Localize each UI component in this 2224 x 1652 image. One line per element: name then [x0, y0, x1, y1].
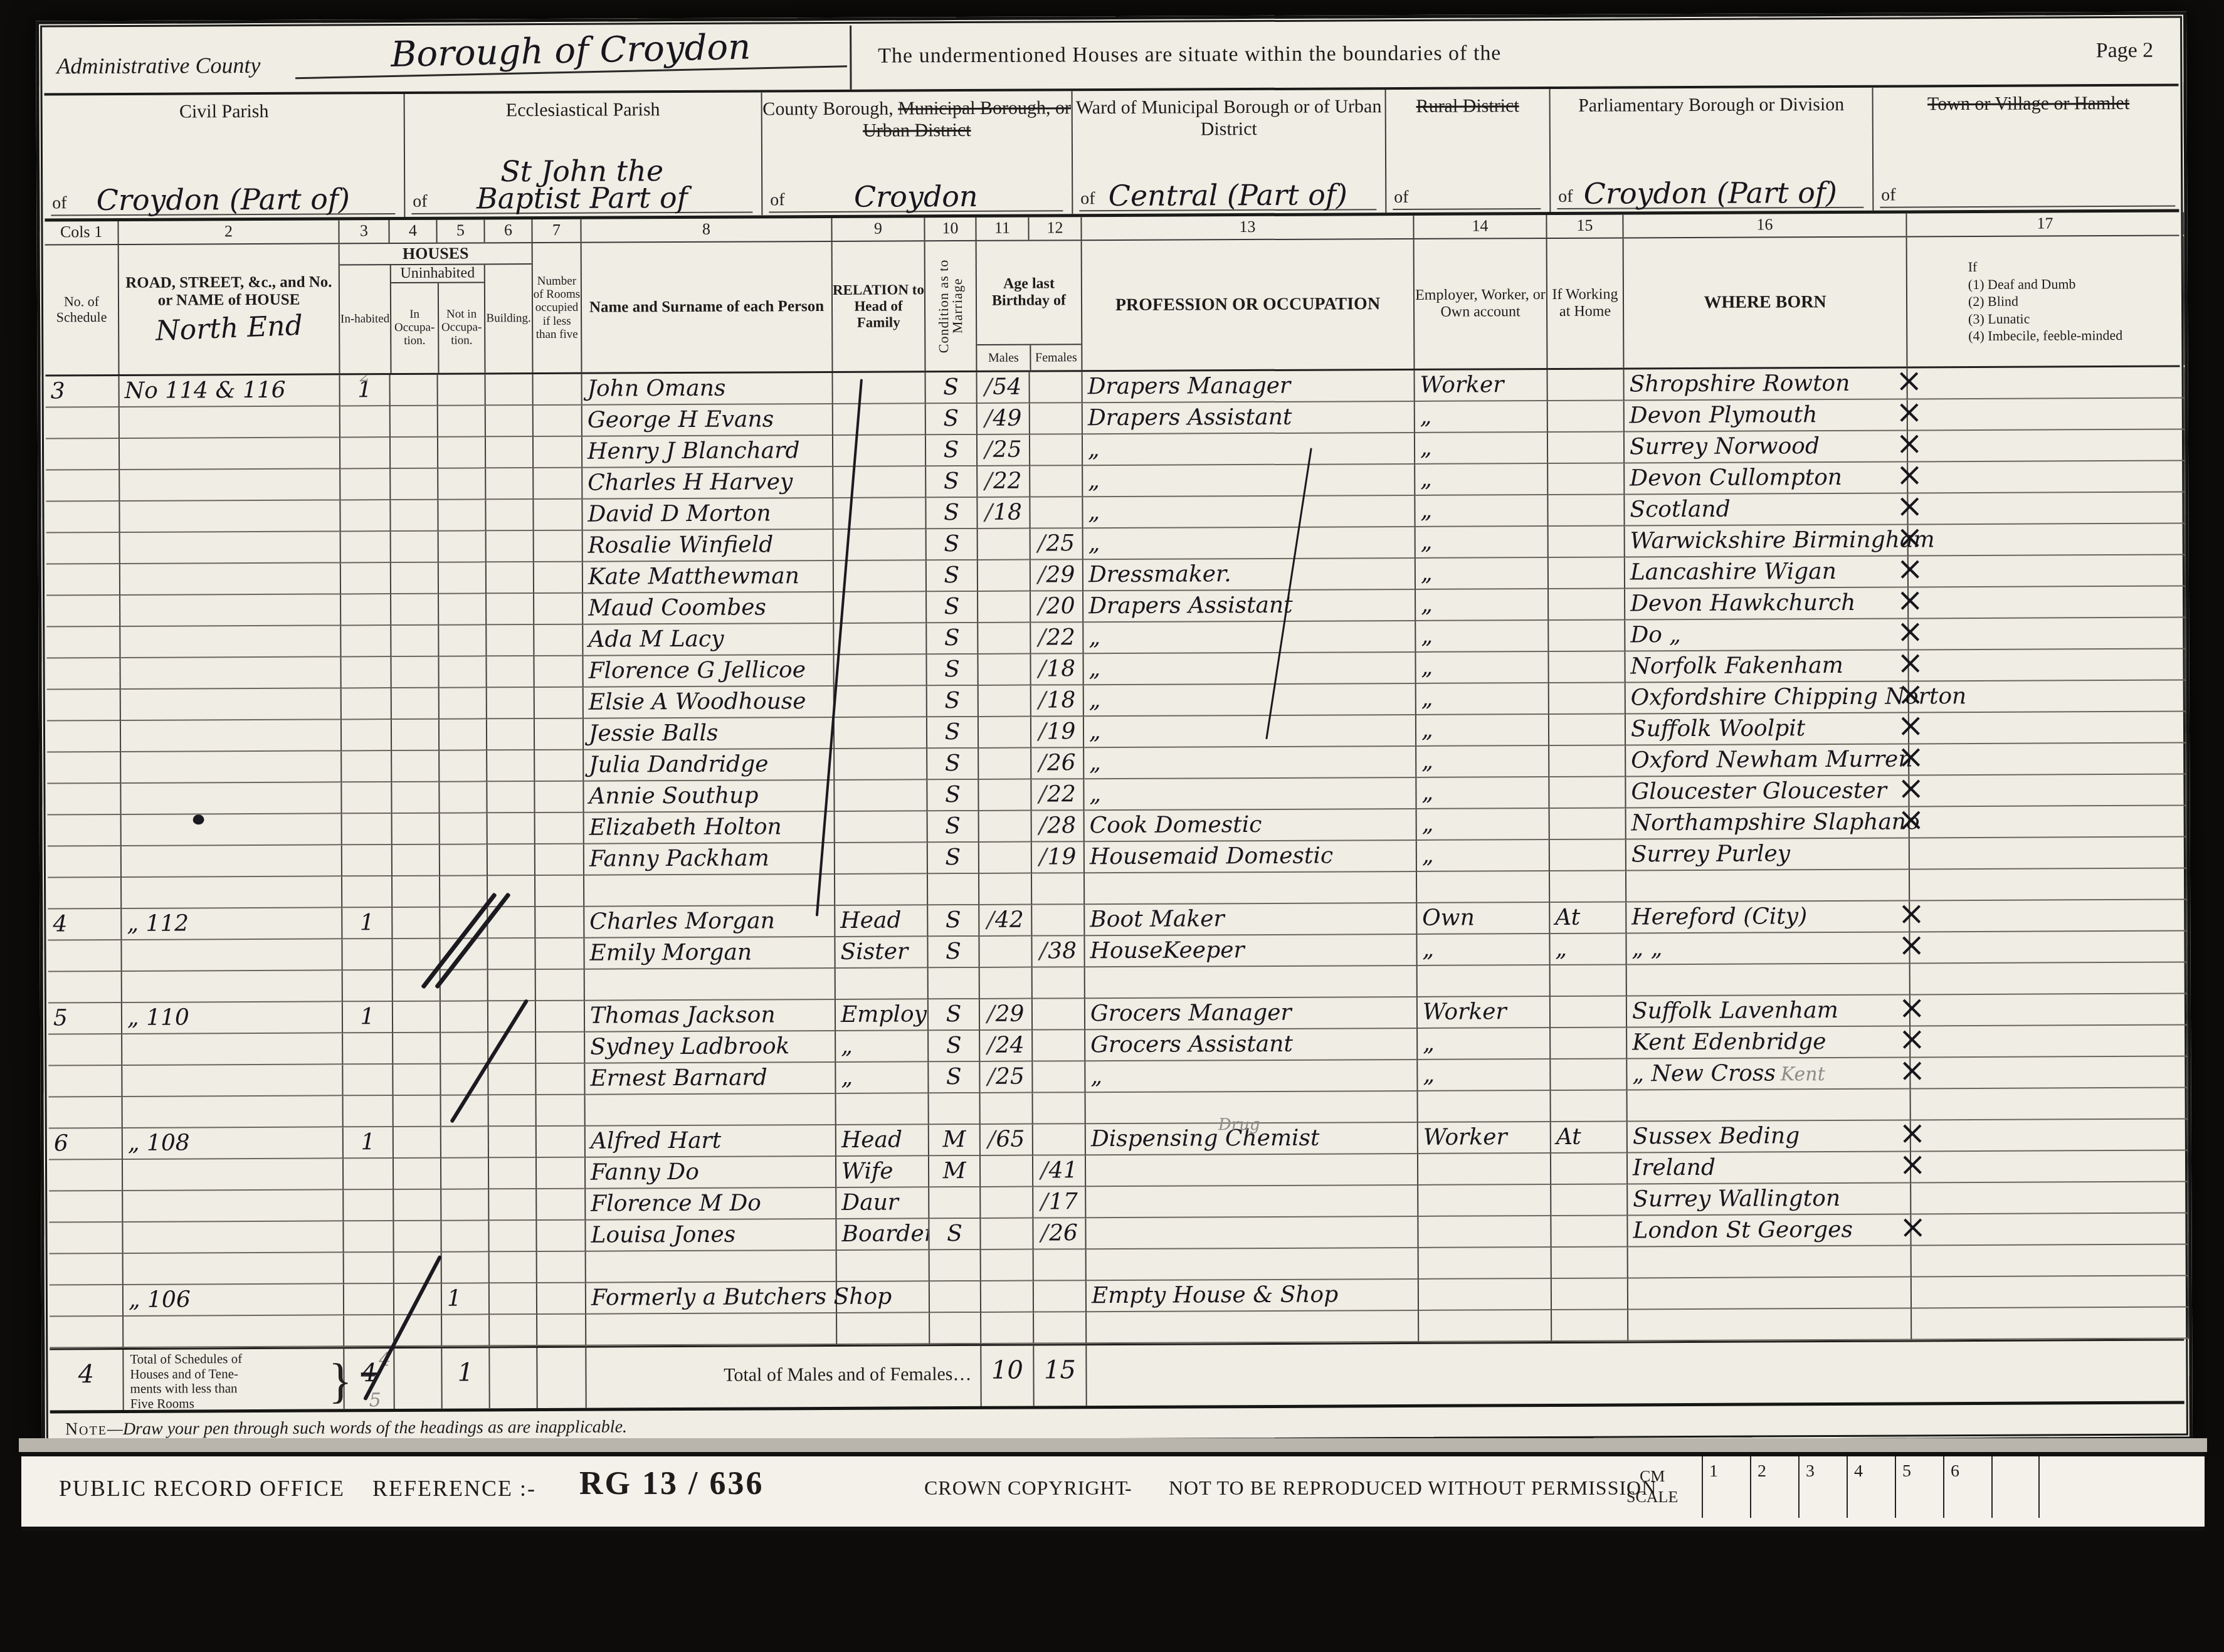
- cell-sch: 6: [49, 1129, 123, 1160]
- totals-schedule-count: 4: [50, 1350, 124, 1411]
- cell-emp: Own Account: [1417, 903, 1550, 935]
- totals-building-cell: [490, 1348, 537, 1408]
- cell-prof: Drapers Manager: [1083, 371, 1415, 403]
- cell-road: [122, 814, 342, 846]
- cell-inh: [343, 1065, 393, 1096]
- cell-agef: [1032, 905, 1085, 936]
- cell-nocc: [442, 1252, 490, 1283]
- cell-home: [1552, 1247, 1628, 1279]
- cell-sch: [50, 1317, 124, 1349]
- cell-bld: [486, 468, 534, 500]
- street-name-value: North End: [155, 310, 303, 347]
- cell-inocc: [392, 751, 440, 782]
- cell-inh: [342, 751, 392, 782]
- cell-emp: „: [1416, 683, 1549, 715]
- cell-cond: S: [927, 686, 979, 717]
- ruler-cm-cell: 4: [1847, 1456, 1895, 1518]
- crown-copyright-label: CROWN COPYRIGHT: [924, 1476, 1128, 1500]
- cell-cond: S: [929, 999, 980, 1031]
- enumerator-x-mark: ×: [1898, 1024, 1926, 1054]
- cell-home: [1552, 1310, 1628, 1342]
- cell-rooms: [537, 1283, 586, 1315]
- reference-value: RG 13 / 636: [579, 1465, 764, 1502]
- cell-prof: [1085, 966, 1418, 999]
- cell-bld: [487, 562, 534, 594]
- cell-road: „ 112: [122, 908, 342, 940]
- cell-home: [1549, 557, 1625, 589]
- cell-agem: [979, 749, 1031, 780]
- cell-born: [1628, 1308, 1912, 1341]
- cell-infirm: [1910, 994, 2188, 1027]
- cell-inh: [342, 845, 393, 876]
- cell-road: [122, 876, 342, 909]
- cell-bld: [487, 750, 535, 782]
- cell-infirm: [1909, 555, 2186, 588]
- cell-inh: [340, 500, 391, 532]
- cell-rel: Daur: [836, 1187, 929, 1219]
- cell-born: Surrey Purley: [1626, 838, 1910, 871]
- cell-cond: S: [927, 529, 978, 560]
- cell-sch: 3: [46, 376, 120, 408]
- cell-born: Warwickshire Birmingham×: [1625, 525, 1909, 557]
- column-number: 10: [925, 218, 976, 240]
- cell-rooms: [534, 656, 583, 688]
- cell-infirm: [1912, 1276, 2189, 1309]
- cell-agem: 29: [980, 999, 1033, 1031]
- cell-born: Surrey Norwood×: [1625, 431, 1908, 463]
- cell-agem: [981, 1313, 1034, 1344]
- cell-emp: „: [1416, 621, 1549, 653]
- age-title: Age last Birthday of: [977, 241, 1082, 344]
- cell-prof: „: [1083, 621, 1416, 654]
- cell-bld: [486, 406, 534, 437]
- cell-emp: „: [1415, 464, 1548, 496]
- cell-rel: [837, 1250, 930, 1282]
- cell-rel: [837, 1313, 930, 1345]
- cell-agem: [981, 1187, 1033, 1219]
- ruler-cm-cell: 6: [1943, 1456, 1991, 1518]
- cell-agem: [980, 968, 1033, 999]
- cell-cond: [930, 1313, 981, 1344]
- cell-born: Scotland×: [1625, 493, 1908, 526]
- cell-rooms: [537, 1158, 586, 1189]
- cell-name: David D Morton: [582, 498, 833, 531]
- cell-prof: Cook Domestic: [1085, 809, 1417, 842]
- cell-inh: [342, 782, 392, 814]
- cell-sch: [47, 690, 121, 722]
- cell-prof: HouseKeeper: [1085, 935, 1417, 967]
- cell-nocc: [439, 625, 487, 656]
- cell-cond: S: [926, 372, 978, 404]
- cell-agem: 25: [978, 435, 1030, 466]
- cell-agem: [979, 780, 1031, 811]
- cell-prof: „: [1083, 496, 1415, 529]
- cell-emp: [1417, 871, 1550, 903]
- cell-cond: M: [929, 1156, 981, 1187]
- totals-label-cell: Total of Schedules of Houses and of Tene…: [124, 1349, 344, 1410]
- cell-agem: [979, 686, 1031, 717]
- cell-agef: [1030, 403, 1083, 434]
- cell-inh: [342, 876, 393, 908]
- cell-bld: [489, 1189, 537, 1221]
- cell-inocc: [391, 438, 438, 469]
- cell-bld: [487, 719, 535, 750]
- enumerator-x-mark: ×: [1897, 773, 1925, 803]
- cell-road: [120, 626, 341, 658]
- cell-home: At Home: [1550, 902, 1626, 934]
- cell-name: Thomas Jackson: [585, 1000, 836, 1033]
- cell-inh: [340, 438, 391, 469]
- cell-inocc: [391, 500, 438, 532]
- cell-emp: [1418, 1185, 1551, 1217]
- cell-emp: Worker: [1418, 997, 1551, 1029]
- cell-emp: „: [1418, 1028, 1551, 1060]
- cell-bld: [486, 374, 534, 406]
- cell-rooms: [535, 844, 584, 876]
- enumerator-x-mark: ×: [1898, 898, 1926, 929]
- cell-sch: [46, 627, 120, 659]
- cell-infirm: [1911, 1151, 2188, 1184]
- cell-name: Alfred Hart: [586, 1125, 836, 1158]
- cell-rooms: [537, 1315, 586, 1346]
- ruler-cm-cell: 5: [1895, 1456, 1943, 1518]
- column-number: 13: [1082, 216, 1414, 239]
- cell-agem: 65: [981, 1125, 1033, 1156]
- cell-inocc: [393, 845, 440, 876]
- cell-rel: „: [836, 1062, 929, 1094]
- cell-rooms: [537, 1189, 586, 1221]
- cell-prof: „: [1084, 747, 1416, 779]
- cell-name: Henry J Blanchard: [582, 436, 833, 468]
- cell-road: „ 106: [124, 1284, 344, 1317]
- cell-rel: [834, 623, 927, 655]
- cell-prof: Grocers Assistant: [1085, 1029, 1418, 1061]
- admin-county-label: Administrative County: [56, 52, 260, 79]
- cell-inocc: [392, 720, 440, 751]
- cell-born: Sussex Beding×: [1628, 1120, 1911, 1153]
- ecclesiastical-parish-cell: Ecclesiastical Parish of St John the Bap…: [405, 92, 763, 216]
- cell-born: Ireland×: [1628, 1152, 1911, 1184]
- cell-agef: [1032, 873, 1085, 905]
- cell-infirm: [1911, 1088, 2188, 1121]
- cell-inocc: [393, 814, 440, 845]
- cell-name: Julia Dandridge: [584, 749, 835, 782]
- cell-cond: [929, 1187, 981, 1219]
- cell-home: [1548, 401, 1625, 433]
- town-village-struck: Town or Village or Hamlet: [1927, 93, 2129, 114]
- cell-rel: [835, 749, 927, 781]
- cell-name: [586, 1313, 837, 1346]
- cell-emp: [1418, 965, 1551, 997]
- cell-emp: [1419, 1248, 1552, 1280]
- cell-infirm: [1908, 461, 2185, 494]
- cell-bld: [488, 1064, 536, 1095]
- cell-cond: S: [926, 498, 978, 529]
- cell-home: [1551, 1153, 1628, 1185]
- cell-born: Devon Hawkchurch×: [1625, 587, 1909, 620]
- cell-road: [122, 939, 342, 972]
- enumerator-x-mark: ×: [1897, 742, 1925, 772]
- cell-name: Annie Southup: [584, 781, 835, 813]
- cell-road: [122, 845, 342, 878]
- cell-sch: [47, 752, 121, 784]
- cell-agef: [1030, 497, 1083, 529]
- cell-road: [123, 1190, 344, 1223]
- cell-rel: Head: [836, 1125, 929, 1157]
- totals-brace: }: [329, 1352, 352, 1409]
- cell-inh: [341, 626, 391, 657]
- cell-emp: „: [1415, 495, 1548, 527]
- cell-road: [123, 1159, 344, 1191]
- cell-nocc: [438, 406, 486, 437]
- cell-inh: [341, 657, 391, 688]
- cell-home: [1551, 965, 1627, 997]
- cell-rooms: [534, 562, 583, 594]
- cell-inocc: [393, 876, 440, 908]
- cell-rooms: [534, 406, 582, 437]
- enumerator-x-mark: ×: [1896, 554, 1924, 584]
- cell-born: Kent Edenbridge×: [1627, 1026, 1910, 1059]
- cell-rel: [833, 466, 926, 498]
- cell-prof: „: [1083, 527, 1416, 560]
- cell-rooms: [535, 782, 584, 813]
- cell-home: At Home: [1551, 1122, 1628, 1154]
- cell-name: Charles H Harvey: [582, 467, 833, 500]
- cell-home: [1549, 651, 1625, 683]
- cell-name: Florence M Do: [586, 1188, 836, 1221]
- cell-rooms: [534, 437, 582, 468]
- cell-prof: „: [1084, 715, 1416, 748]
- col-born-header: WHERE BORN: [1624, 237, 1908, 367]
- col-age-males-header: Males: [977, 345, 1030, 371]
- cell-agef: 18: [1031, 654, 1083, 685]
- cell-agem: [978, 560, 1031, 592]
- cell-nocc: [441, 1033, 488, 1064]
- cell-agem: 54: [978, 372, 1030, 404]
- cell-agem: 42: [979, 905, 1032, 937]
- cell-rooms: [535, 907, 584, 939]
- cell-infirm: [1910, 1026, 2188, 1058]
- cell-rooms: [535, 688, 584, 719]
- cell-home: [1551, 1184, 1628, 1216]
- enumerator-x-mark: ×: [1899, 1055, 1926, 1085]
- cell-born: Suffolk Lavenham×: [1627, 995, 1910, 1028]
- public-record-office-footer: PUBLIC RECORD OFFICE REFERENCE :- RG 13 …: [21, 1452, 2205, 1531]
- cell-sch: [48, 1066, 122, 1098]
- cell-nocc: [439, 562, 487, 594]
- cell-rel: [833, 404, 926, 436]
- cell-rooms: [536, 1064, 585, 1095]
- cell-rel: [833, 435, 926, 467]
- cell-inocc: [393, 939, 440, 971]
- reference-label: REFERENCE :-: [372, 1475, 536, 1502]
- cell-road: [120, 594, 341, 627]
- cell-agef: [1034, 1312, 1087, 1344]
- cell-sch: [49, 1223, 123, 1255]
- cell-agef: [1033, 1093, 1086, 1124]
- cell-inocc: [394, 1127, 441, 1159]
- col-at-home-header: If Working at Home: [1547, 238, 1625, 368]
- cell-cond: [928, 874, 979, 905]
- condition-header-label: Condition as to Marriage: [937, 241, 965, 371]
- cell-name: Ernest Barnard: [585, 1063, 836, 1095]
- totals-males-value: 10: [981, 1346, 1034, 1406]
- cell-cond: S: [928, 811, 979, 843]
- ruler-cm-cell: 3: [1798, 1456, 1847, 1518]
- cell-road: „ 108: [123, 1127, 344, 1160]
- cell-name: Jessie Balls: [584, 718, 835, 750]
- cell-inocc: [393, 1065, 441, 1096]
- col-not-in-occupation-header: Not in Occupa- tion.: [438, 283, 485, 372]
- cell-home: [1549, 714, 1626, 746]
- cell-agef: [1034, 1281, 1087, 1312]
- col-name-header: Name and Surname of each Person: [582, 242, 833, 372]
- ink-blot: [193, 814, 204, 824]
- cell-nocc: [438, 500, 486, 531]
- cell-name: Fanny Do: [586, 1157, 836, 1189]
- cell-inocc: [391, 532, 439, 563]
- cell-inocc: [391, 626, 439, 657]
- cell-rel: [836, 968, 929, 1000]
- cell-prof: [1086, 1186, 1418, 1218]
- cell-inh: [342, 814, 393, 845]
- cell-agem: [979, 874, 1032, 905]
- cell-home: [1550, 871, 1626, 903]
- cell-agef: [1030, 434, 1083, 466]
- cell-nocc: [439, 594, 487, 625]
- cell-infirm: [1911, 1120, 2188, 1152]
- cell-inh: [341, 563, 391, 594]
- cell-agef: [1030, 372, 1083, 403]
- cell-nocc: [438, 374, 486, 406]
- cell-born: Norfolk Fakenham×: [1625, 650, 1909, 683]
- cell-road: [122, 971, 343, 1003]
- cell-home: [1550, 839, 1626, 871]
- cell-rel: Boarder: [836, 1219, 929, 1251]
- cell-bld: [487, 625, 534, 656]
- cell-name: [586, 1251, 837, 1283]
- cell-prof: „: [1083, 653, 1416, 685]
- cell-cond: S: [928, 937, 979, 968]
- cell-name: Elizabeth Holton: [584, 812, 835, 844]
- cell-infirm: [1909, 744, 2186, 776]
- cell-rel: [835, 686, 927, 718]
- cell-agem: 18: [978, 498, 1030, 529]
- cell-inh: [344, 1190, 394, 1221]
- rural-district-struck: Rural District: [1416, 95, 1519, 117]
- cell-sch: [50, 1254, 124, 1286]
- cell-bld: [489, 1095, 537, 1127]
- cell-road: [120, 532, 341, 564]
- cell-agef: 38: [1032, 936, 1085, 967]
- cell-agem: 24: [980, 1031, 1033, 1062]
- of-word: of: [1394, 187, 1408, 208]
- cell-nocc: [440, 844, 488, 876]
- cell-agem: [981, 1156, 1033, 1187]
- cell-name: George H Evans: [582, 404, 833, 437]
- cell-rooms: [535, 719, 584, 750]
- cell-inocc: [391, 657, 439, 688]
- cell-rooms: [537, 1221, 586, 1252]
- cell-agef: 19: [1032, 842, 1085, 873]
- of-word: of: [1881, 186, 1895, 206]
- cell-infirm: [1907, 367, 2184, 400]
- cell-bld: [488, 1001, 536, 1033]
- ward-label: Ward of Municipal Borough or of Urban Di…: [1076, 96, 1382, 139]
- cell-agef: 26: [1031, 748, 1084, 779]
- cell-home: [1548, 432, 1625, 464]
- cell-nocc: [440, 750, 487, 782]
- cell-cond: S: [927, 655, 978, 686]
- cell-cond: S: [929, 1062, 980, 1093]
- cell-bld: [486, 500, 534, 531]
- cell-prof: „: [1085, 1060, 1418, 1093]
- cell-born: „ New CrossKent×: [1627, 1058, 1910, 1090]
- cell-infirm: [1908, 430, 2185, 463]
- scanned-census-page: Administrative County Borough of Croydon…: [0, 0, 2224, 1652]
- cell-agef: [1033, 1124, 1086, 1155]
- cell-born: Devon Cullompton×: [1625, 462, 1908, 495]
- column-number: 14: [1414, 215, 1547, 238]
- cell-road: [120, 406, 340, 439]
- cell-rooms: [537, 1095, 586, 1127]
- column-header-row: No. of Schedule ROAD, STREET, &c., and N…: [45, 236, 2180, 377]
- houses-title: HOUSES: [340, 243, 532, 265]
- cell-nocc: [439, 531, 487, 562]
- cell-rel: [834, 592, 927, 624]
- cell-infirm: [1911, 1182, 2188, 1215]
- column-number: 8: [581, 218, 832, 242]
- scan-paper-edge: [19, 1438, 2207, 1452]
- cell-agem: [981, 1250, 1034, 1281]
- cell-bld: [487, 594, 534, 625]
- cell-agef: 25: [1031, 529, 1083, 560]
- cell-emp: „: [1416, 527, 1549, 559]
- parish-header-band: Civil Parish of Croydon (Part of) Eccles…: [45, 84, 2179, 222]
- cell-home: [1549, 683, 1626, 715]
- cell-inh: [342, 939, 393, 971]
- col-relation-header: RELATION to Head of Family: [833, 241, 926, 371]
- cell-name: Rosalie Winfield: [583, 530, 834, 562]
- totals-rooms-cell: [537, 1348, 586, 1408]
- cell-agem: [978, 529, 1031, 560]
- cell-born: Suffolk Woolpit×: [1626, 713, 1909, 745]
- ruler-cm-cell: 2: [1750, 1456, 1798, 1518]
- cell-emp: [1418, 1091, 1551, 1123]
- cell-bld: [487, 656, 534, 688]
- cell-emp: „: [1416, 652, 1549, 684]
- col-employer-header: Employer, Worker, or Own account: [1415, 239, 1548, 369]
- cell-sch: [49, 1191, 123, 1223]
- cell-rooms: [537, 1127, 586, 1158]
- cell-sch: [46, 533, 120, 565]
- cell-name: Louisa Jones: [586, 1219, 836, 1252]
- cell-agem: [979, 843, 1032, 874]
- cell-sch: [48, 878, 122, 910]
- pencil-note: 2: [360, 375, 371, 391]
- cell-nocc: [440, 782, 487, 813]
- enumerator-x-mark: ×: [1897, 648, 1924, 678]
- cell-prof: [1087, 1248, 1419, 1281]
- cell-rooms: [534, 531, 583, 562]
- cell-infirm: [1910, 869, 2187, 902]
- totals-not-in-occupation-value: 1: [442, 1348, 490, 1408]
- cell-agem: [978, 623, 1031, 655]
- cell-emp: „: [1417, 934, 1550, 966]
- cell-home: [1552, 1278, 1628, 1310]
- cell-prof: Empty House & Shop: [1087, 1280, 1419, 1312]
- cell-sch: [48, 940, 122, 972]
